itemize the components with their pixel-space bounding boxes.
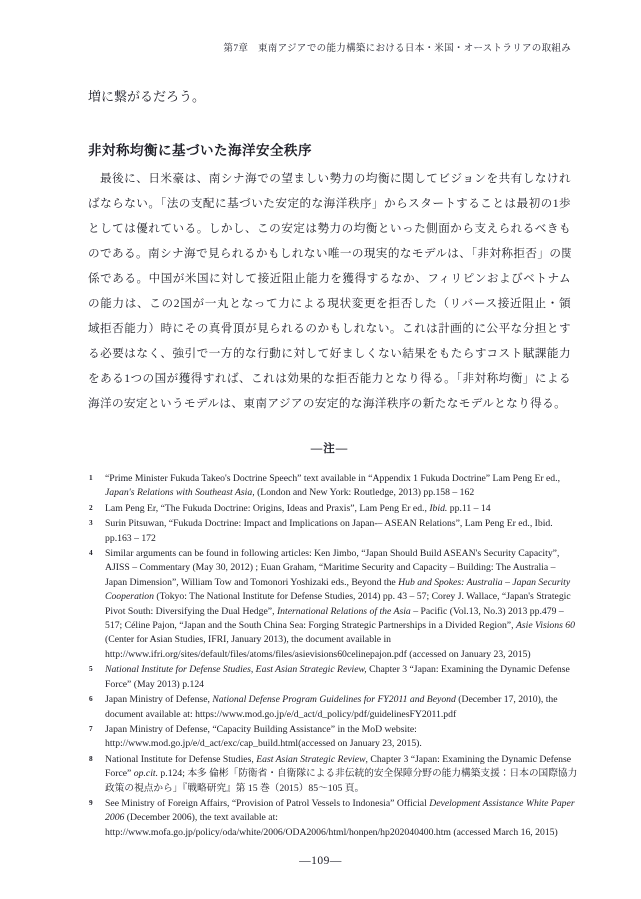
- lead-paragraph-line: 増に繋がるだろう。: [88, 86, 571, 105]
- paragraph-line: の能力は、この2国が一丸となって力による現状変更を拒否した（リバース接近阻止・領: [88, 291, 571, 316]
- footnote-text: p.124; 本多 倫彬「防衛省・自衛隊による非伝統的安全保障分野の能力構築支援…: [105, 768, 577, 793]
- footnote-item: 8National Institute for Defense Studies,…: [88, 753, 578, 796]
- section-heading: 非対称均衡に基づいた海洋安全秩序: [88, 139, 571, 159]
- running-header: 第7章 東南アジアでの能力構築における日本・米国・オーストラリアの取組み: [88, 40, 571, 54]
- footnote-item: 6Japan Ministry of Defense, National Def…: [88, 693, 578, 722]
- footnote-text: (London and New York: Routledge, 2013) p…: [255, 487, 475, 498]
- notes-divider: —注—: [88, 440, 571, 456]
- footnote-item: 4Similar arguments can be found in follo…: [88, 547, 578, 662]
- footnotes-list: 1“Prime Minister Fukuda Takeo's Doctrine…: [88, 472, 578, 840]
- footnote-number: 5: [89, 662, 93, 676]
- footnote-citation-italic: Japan's Relations with Southeast Asia,: [105, 487, 255, 498]
- paragraph-line: 係である。中国が米国に対して接近阻止能力を獲得するなか、フィリピンおよびベトナム: [88, 266, 571, 291]
- footnote-item: 1“Prime Minister Fukuda Takeo's Doctrine…: [88, 472, 578, 501]
- footnote-item: 7Japan Ministry of Defense, “Capacity Bu…: [88, 723, 578, 752]
- paragraph-line: をある1つの国が獲得すれば、これは効果的な拒否能力となり得る。「非対称均衡」によ…: [88, 366, 571, 391]
- footnote-item: 3Surin Pitsuwan, “Fukuda Doctrine: Impac…: [88, 517, 578, 546]
- footnote-number: 2: [89, 501, 93, 515]
- footnote-text: See Ministry of Foreign Affairs, “Provis…: [105, 798, 429, 809]
- footnote-citation-italic: International Relations of the Asia: [277, 606, 411, 617]
- footnote-item: 5National Institute for Defense Studies,…: [88, 663, 578, 692]
- footnote-text: Japan Ministry of Defense,: [105, 694, 212, 705]
- paragraph-line: 域拒否能力）時にその真骨頂が見られるのかもしれない。これは計画的に公平な分担とす: [88, 316, 571, 341]
- footnote-number: 3: [89, 516, 93, 530]
- footnote-text: (Center for Asian Studies, IFRI, January…: [105, 634, 531, 659]
- paragraph-line: る必要はなく、強引で一方的な行動に対して好ましくない結果をもたらすコスト賦課能力: [88, 341, 571, 366]
- footnote-number: 6: [89, 692, 93, 706]
- paragraph-line: のである。南シナ海で見られるかもしれない唯一の現実的なモデルは、「非対称拒否」の…: [88, 241, 571, 266]
- footnote-text: Lam Peng Er, “The Fukuda Doctrine: Origi…: [105, 503, 429, 514]
- footnote-citation-italic: National Defense Program Guidelines for …: [212, 694, 456, 705]
- footnote-citation-italic: op.cit.: [134, 768, 158, 779]
- footnote-citation-italic: Asie Visions 60: [516, 620, 575, 631]
- footnote-text: (December 2006), the text available at: …: [105, 812, 558, 837]
- footnote-number: 1: [89, 471, 93, 485]
- footnote-number: 8: [89, 752, 93, 766]
- document-page: 第7章 東南アジアでの能力構築における日本・米国・オーストラリアの取組み 増に繋…: [0, 0, 641, 899]
- paragraph-line: 最後に、日米豪は、南シナ海での望ましい勢力の均衡に関してビジョンを共有しなけれ: [88, 166, 571, 191]
- footnote-item: 9See Ministry of Foreign Affairs, “Provi…: [88, 797, 578, 840]
- footnote-text: National Institute for Defense Studies,: [105, 754, 256, 765]
- footnote-text: “Prime Minister Fukuda Takeo's Doctrine …: [105, 473, 560, 484]
- footnote-item: 2Lam Peng Er, “The Fukuda Doctrine: Orig…: [88, 502, 578, 516]
- paragraph-line: 海洋の安定というモデルは、東南アジアの安定的な海洋秩序の新たなモデルとなり得る。: [88, 391, 571, 416]
- footnote-number: 9: [89, 796, 93, 810]
- page-number: —109—: [0, 855, 641, 867]
- paragraph-line: ばならない。「法の支配に基づいた安定的な海洋秩序」からスタートすることは最初の1…: [88, 191, 571, 216]
- footnote-number: 7: [89, 722, 93, 736]
- paragraph-line: としては優れている。しかし、この安定は勢力の均衡といった側面から支えられるべきも: [88, 216, 571, 241]
- footnote-citation-italic: East Asian Strategic Review: [256, 754, 365, 765]
- footnote-text: Japan Ministry of Defense, “Capacity Bui…: [105, 724, 422, 749]
- footnote-citation-italic: Ibid.: [429, 503, 447, 514]
- footnote-text: pp.11 – 14: [447, 503, 490, 514]
- footnote-number: 4: [89, 546, 93, 560]
- footnote-citation-italic: National Institute for Defense Studies, …: [105, 664, 367, 675]
- footnote-text: Surin Pitsuwan, “Fukuda Doctrine: Impact…: [105, 518, 553, 543]
- main-paragraph: 最後に、日米豪は、南シナ海での望ましい勢力の均衡に関してビジョンを共有しなければ…: [88, 166, 571, 416]
